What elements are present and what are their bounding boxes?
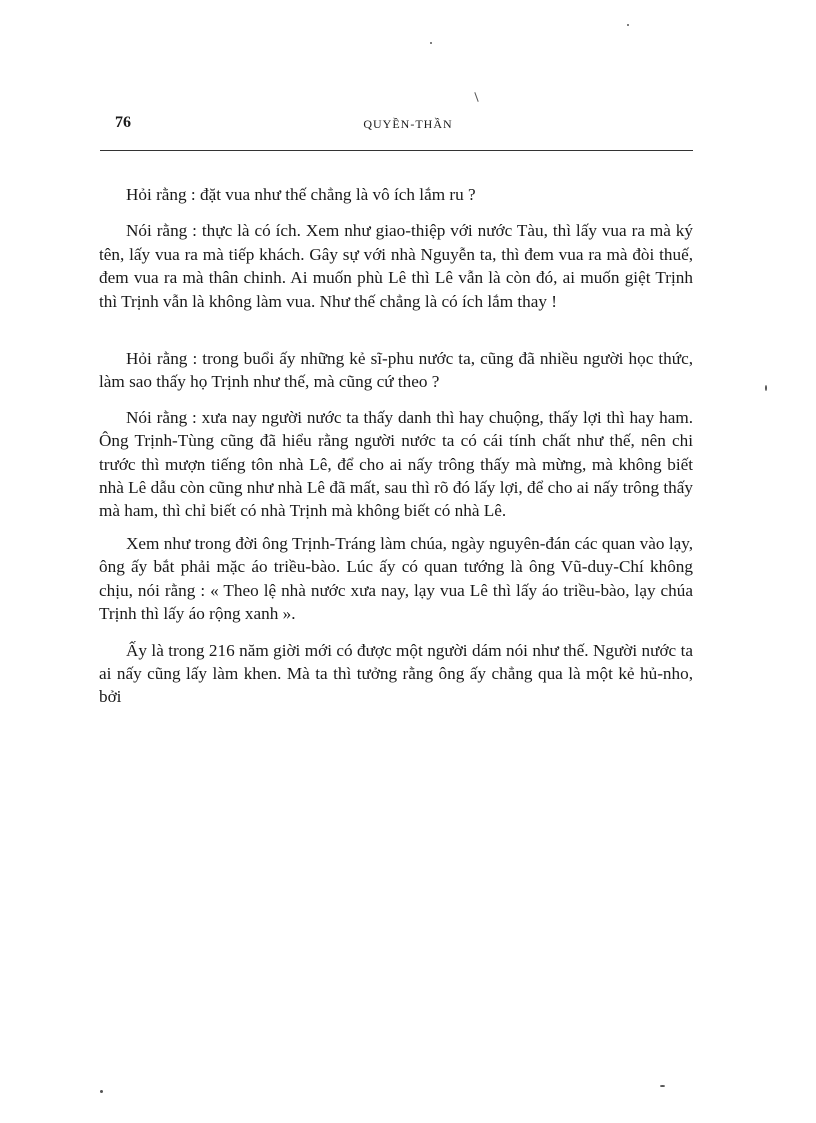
running-title: QUYỀN-THẦN [0,117,816,132]
scan-speck [765,385,767,391]
scan-speck [430,42,432,44]
paragraph-commentary: Ấy là trong 216 năm giời mới có được một… [99,639,693,709]
scan-speck [100,1090,103,1093]
scan-speck [627,24,629,26]
paragraph-answer-1: Nói rằng : thực là có ích. Xem như giao-… [99,219,693,313]
scan-speck [660,1085,665,1087]
body-text: Hỏi rằng : đặt vua như thế chẳng là vô í… [99,183,693,709]
scan-speck [474,92,478,102]
paragraph-question-1: Hỏi rằng : đặt vua như thế chẳng là vô í… [99,183,693,206]
paragraph-question-2: Hỏi rằng : trong buổi ấy những kẻ sĩ-phu… [99,347,693,394]
paragraph-answer-2: Nói rằng : xưa nay người nước ta thấy da… [99,406,693,523]
header-rule [100,150,693,151]
paragraph-example: Xem như trong đời ông Trịnh-Tráng làm ch… [99,532,693,626]
